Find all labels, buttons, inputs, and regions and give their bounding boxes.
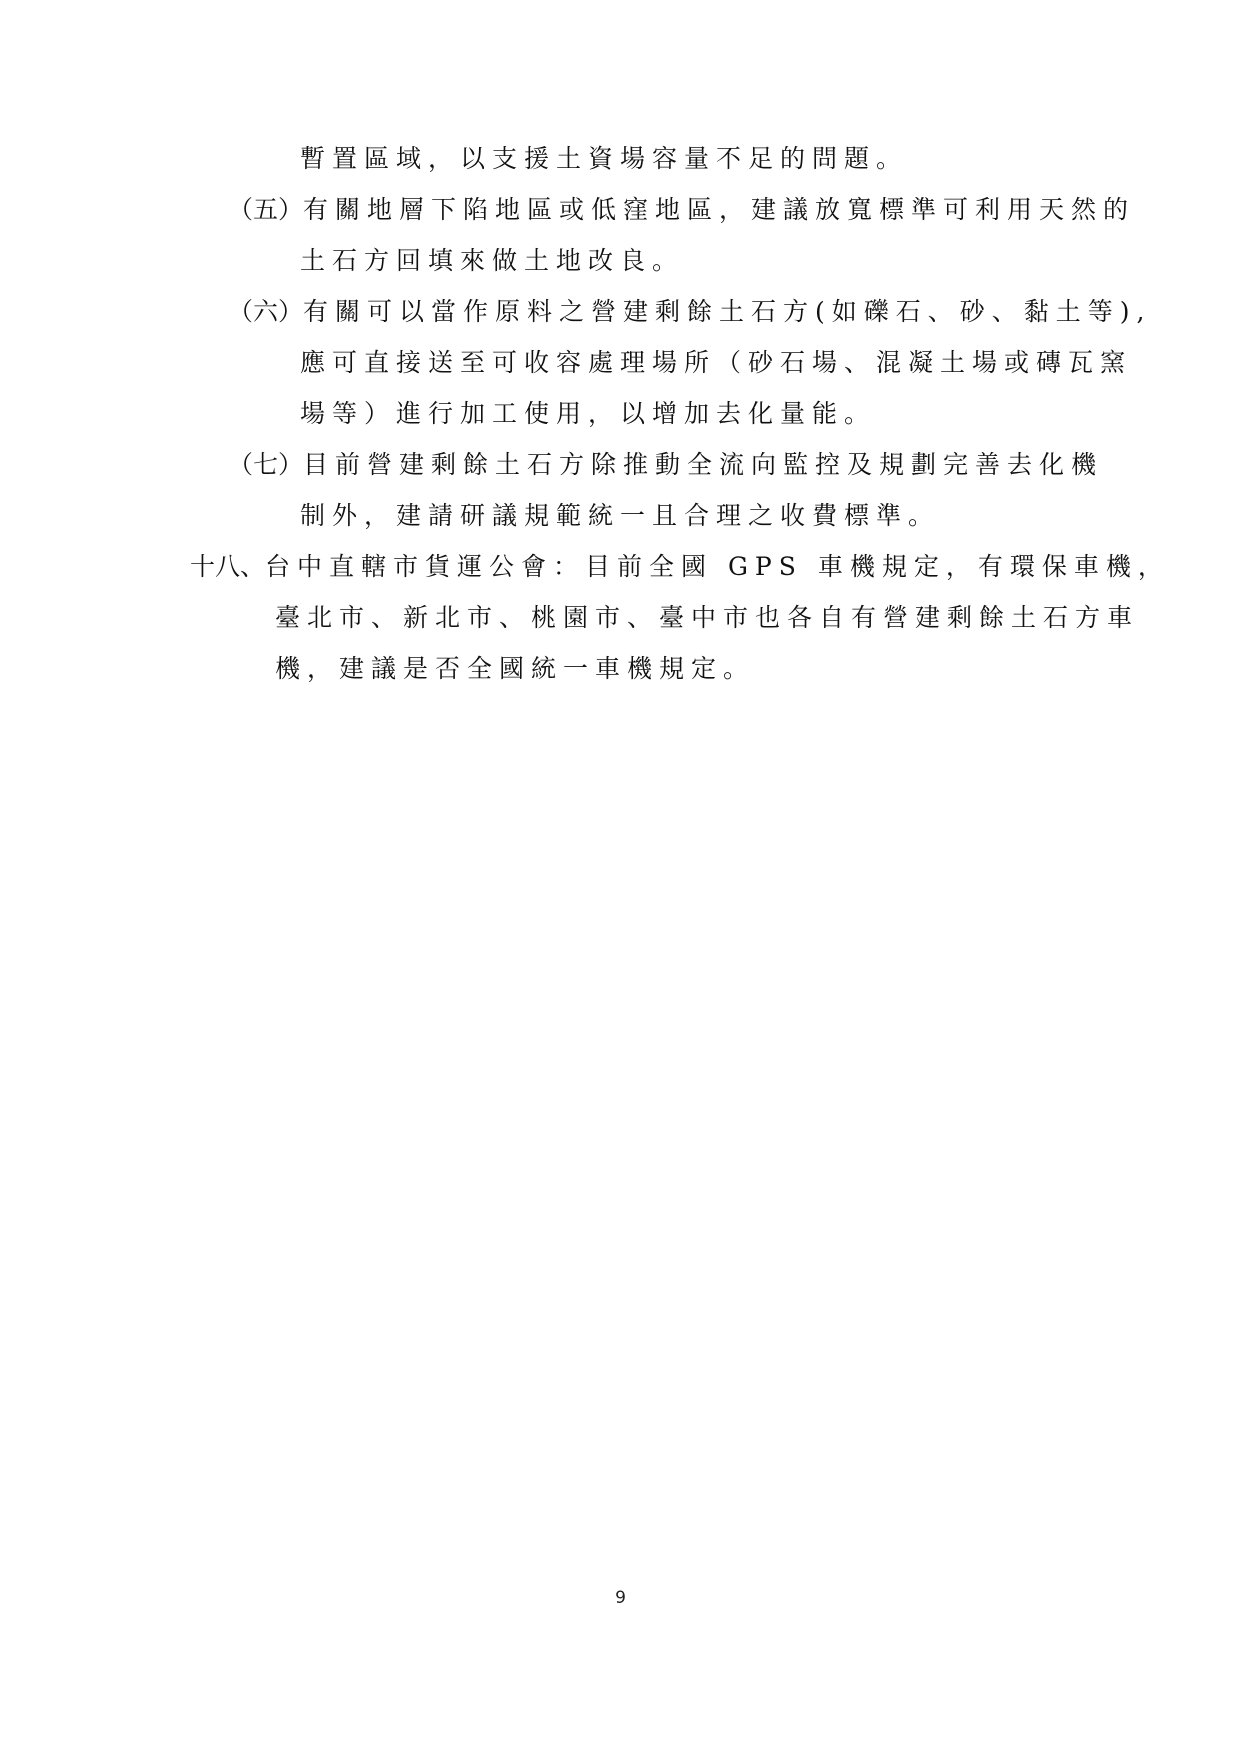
list-marker-5: （五） — [228, 195, 303, 225]
section-18-text-3: 機，建議是否全國統一車機規定。 — [275, 654, 755, 684]
list-marker-6: （六） — [228, 297, 303, 327]
list-item-5-first-line: （五）有關地層下陷地區或低窪地區，建議放寬標準可利用天然的 — [228, 195, 1135, 225]
list-item-7-text-2: 制外，建請研議規範統一且合理之收費標準。 — [300, 501, 940, 531]
section-18-text-2: 臺北市、新北市、桃園市、臺中市也各自有營建剩餘土石方車 — [275, 603, 1139, 633]
document-page: 暫置區域，以支援土資場容量不足的問題。 （五）有關地層下陷地區或低窪地區，建議放… — [0, 0, 1241, 1755]
list-item-7-first-line: （七）目前營建剩餘土石方除推動全流向監控及規劃完善去化機 — [228, 450, 1103, 480]
list-item-6-first-line: （六）有關可以當作原料之營建剩餘土石方(如礫石、砂、黏土等), — [228, 297, 1151, 327]
section-18-first-line: 十八、台中直轄市貨運公會：目前全國 GPS 車機規定，有環保車機， — [190, 552, 1170, 582]
list-item-5-text-1: 有關地層下陷地區或低窪地區，建議放寬標準可利用天然的 — [303, 195, 1135, 224]
list-item-6-text-2: 應可直接送至可收容處理場所（砂石場、混凝土場或磚瓦窯 — [300, 348, 1132, 378]
list-item-6-text-3: 場等）進行加工使用，以增加去化量能。 — [300, 399, 876, 429]
section-marker-18: 十八、 — [190, 552, 265, 582]
page-number: 9 — [0, 1588, 1241, 1608]
list-item-6-text-1: 有關可以當作原料之營建剩餘土石方(如礫石、砂、黏土等), — [303, 297, 1151, 326]
list-marker-7: （七） — [228, 450, 303, 480]
list-item-7-text-1: 目前營建剩餘土石方除推動全流向監控及規劃完善去化機 — [303, 450, 1103, 479]
paragraph-continuation-line: 暫置區域，以支援土資場容量不足的問題。 — [300, 144, 908, 174]
list-item-5-text-2: 土石方回填來做土地改良。 — [300, 246, 684, 276]
section-18-text-1: 台中直轄市貨運公會：目前全國 GPS 車機規定，有環保車機， — [265, 552, 1170, 581]
